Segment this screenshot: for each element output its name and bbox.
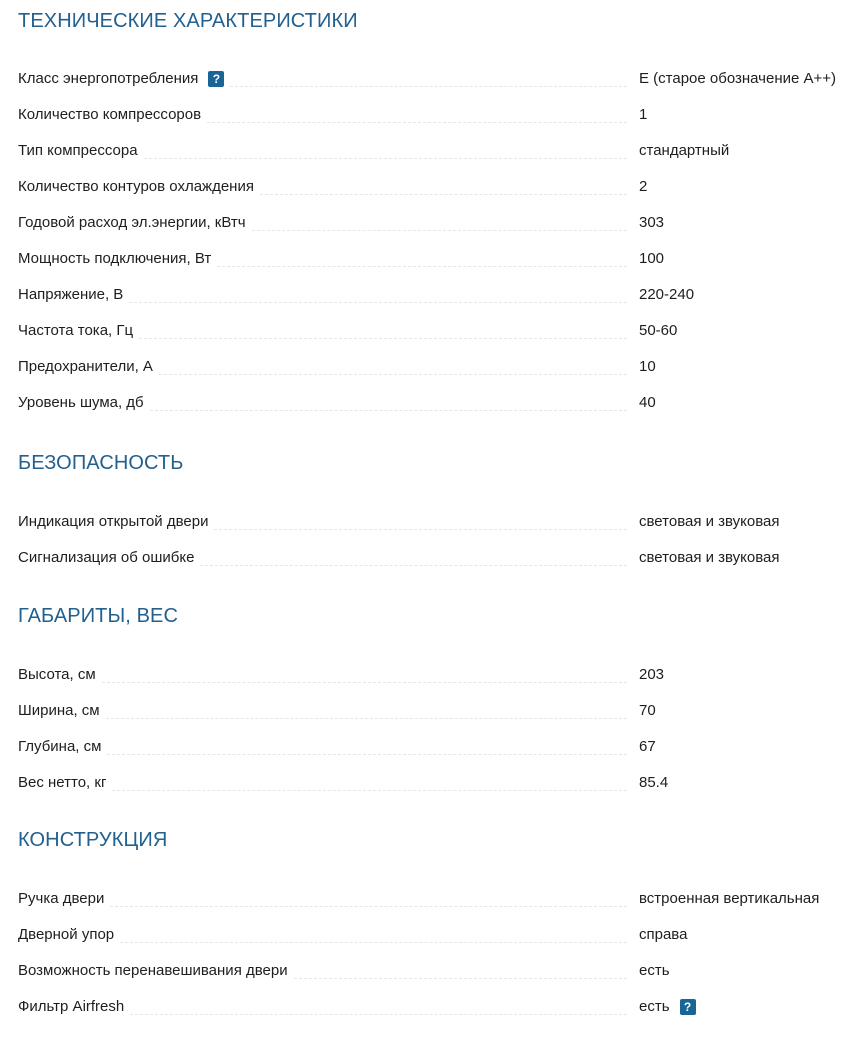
spec-label: Количество компрессоров xyxy=(18,97,207,133)
spec-row: Уровень шума, дб 40 xyxy=(18,385,358,421)
spec-row: Количество компрессоров 1 xyxy=(18,97,358,133)
spec-row: Вес нетто, кг 85.4 xyxy=(18,765,178,801)
spec-label: Высота, см xyxy=(18,657,102,693)
spec-label: Уровень шума, дб xyxy=(18,385,150,421)
dotted-leader xyxy=(112,790,627,791)
spec-label: Предохранители, А xyxy=(18,349,159,385)
spec-value: 70 xyxy=(639,693,656,729)
dotted-leader xyxy=(129,302,627,303)
spec-value: встроенная вертикальная xyxy=(639,881,819,917)
dotted-leader xyxy=(294,978,627,979)
spec-value: 50-60 xyxy=(639,313,677,349)
section-title: ТЕХНИЧЕСКИЕ ХАРАКТЕРИСТИКИ xyxy=(18,9,358,33)
dotted-leader xyxy=(260,194,627,195)
spec-value: 220-240 xyxy=(639,277,694,313)
spec-list: Класс энергопотребления? E (старое обозн… xyxy=(18,61,358,421)
dotted-leader xyxy=(102,682,627,683)
spec-label: Сигнализация об ошибке xyxy=(18,540,200,576)
spec-label: Тип компрессора xyxy=(18,133,144,169)
spec-label: Фильтр Airfresh xyxy=(18,989,130,1025)
spec-value: есть xyxy=(639,953,670,989)
dotted-leader xyxy=(159,374,627,375)
spec-row: Напряжение, В 220-240 xyxy=(18,277,358,313)
dotted-leader xyxy=(217,266,627,267)
dotted-leader xyxy=(144,158,627,159)
spec-row: Количество контуров охлаждения 2 xyxy=(18,169,358,205)
section-technical-specs: ТЕХНИЧЕСКИЕ ХАРАКТЕРИСТИКИ Класс энергоп… xyxy=(18,9,358,421)
dotted-leader xyxy=(107,754,627,755)
spec-value: есть xyxy=(639,989,670,1025)
spec-value: E (старое обозначение A++) xyxy=(639,61,836,97)
spec-row: Предохранители, А 10 xyxy=(18,349,358,385)
dotted-leader xyxy=(214,529,627,530)
spec-row: Мощность подключения, Вт 100 xyxy=(18,241,358,277)
dotted-leader xyxy=(252,230,627,231)
spec-value: световая и звуковая xyxy=(639,540,780,576)
spec-label: Вес нетто, кг xyxy=(18,765,112,801)
spec-value: 85.4 xyxy=(639,765,668,801)
spec-list: Высота, см 203 Ширина, см 70 Глубина, см… xyxy=(18,657,178,801)
spec-label: Годовой расход эл.энергии, кВтч xyxy=(18,205,252,241)
spec-value: 2 xyxy=(639,169,647,205)
spec-row: Дверной упор справа xyxy=(18,917,167,953)
spec-label: Мощность подключения, Вт xyxy=(18,241,217,277)
spec-label: Индикация открытой двери xyxy=(18,504,214,540)
spec-value: 203 xyxy=(639,657,664,693)
dotted-leader xyxy=(150,410,627,411)
section-title: ГАБАРИТЫ, ВЕС xyxy=(18,604,178,628)
spec-label: Глубина, см xyxy=(18,729,107,765)
spec-label: Ручка двери xyxy=(18,881,110,917)
spec-row: Ручка двери встроенная вертикальная xyxy=(18,881,167,917)
spec-value: 40 xyxy=(639,385,656,421)
dotted-leader xyxy=(106,718,627,719)
spec-label: Количество контуров охлаждения xyxy=(18,169,260,205)
spec-value: 1 xyxy=(639,97,647,133)
spec-row: Частота тока, Гц 50-60 xyxy=(18,313,358,349)
spec-label: Частота тока, Гц xyxy=(18,313,139,349)
help-icon[interactable]: ? xyxy=(680,999,696,1015)
section-title: КОНСТРУКЦИЯ xyxy=(18,828,167,852)
spec-row-airfresh-filter: Фильтр Airfresh есть? xyxy=(18,989,167,1025)
spec-row: Сигнализация об ошибке световая и звуков… xyxy=(18,540,183,576)
spec-row-energy-class: Класс энергопотребления? E (старое обозн… xyxy=(18,61,358,97)
spec-value: справа xyxy=(639,917,687,953)
spec-row: Тип компрессора стандартный xyxy=(18,133,358,169)
spec-label: Ширина, см xyxy=(18,693,106,729)
spec-value: 100 xyxy=(639,241,664,277)
spec-value: световая и звуковая xyxy=(639,504,780,540)
spec-value: стандартный xyxy=(639,133,729,169)
spec-row: Высота, см 203 xyxy=(18,657,178,693)
spec-label: Дверной упор xyxy=(18,917,120,953)
spec-list: Индикация открытой двери световая и звук… xyxy=(18,504,183,576)
dotted-leader xyxy=(130,1014,627,1015)
dotted-leader xyxy=(110,906,627,907)
spec-value: 67 xyxy=(639,729,656,765)
spec-list: Ручка двери встроенная вертикальная Двер… xyxy=(18,881,167,1025)
dotted-leader xyxy=(120,942,627,943)
dotted-leader xyxy=(200,565,627,566)
section-construction: КОНСТРУКЦИЯ Ручка двери встроенная верти… xyxy=(18,828,167,1025)
help-icon[interactable]: ? xyxy=(208,71,224,87)
spec-row: Глубина, см 67 xyxy=(18,729,178,765)
spec-label: Напряжение, В xyxy=(18,277,129,313)
spec-value: 303 xyxy=(639,205,664,241)
spec-row: Возможность перенавешивания двери есть xyxy=(18,953,167,989)
dotted-leader xyxy=(139,338,627,339)
dotted-leader xyxy=(207,122,627,123)
spec-value: 10 xyxy=(639,349,656,385)
section-dimensions-weight: ГАБАРИТЫ, ВЕС Высота, см 203 Ширина, см … xyxy=(18,604,178,801)
spec-label: Возможность перенавешивания двери xyxy=(18,953,294,989)
section-title: БЕЗОПАСНОСТЬ xyxy=(18,451,183,475)
spec-row: Ширина, см 70 xyxy=(18,693,178,729)
spec-row: Индикация открытой двери световая и звук… xyxy=(18,504,183,540)
section-safety: БЕЗОПАСНОСТЬ Индикация открытой двери св… xyxy=(18,451,183,576)
dotted-leader xyxy=(230,86,627,87)
spec-label: Класс энергопотребления xyxy=(18,61,198,97)
spec-row: Годовой расход эл.энергии, кВтч 303 xyxy=(18,205,358,241)
